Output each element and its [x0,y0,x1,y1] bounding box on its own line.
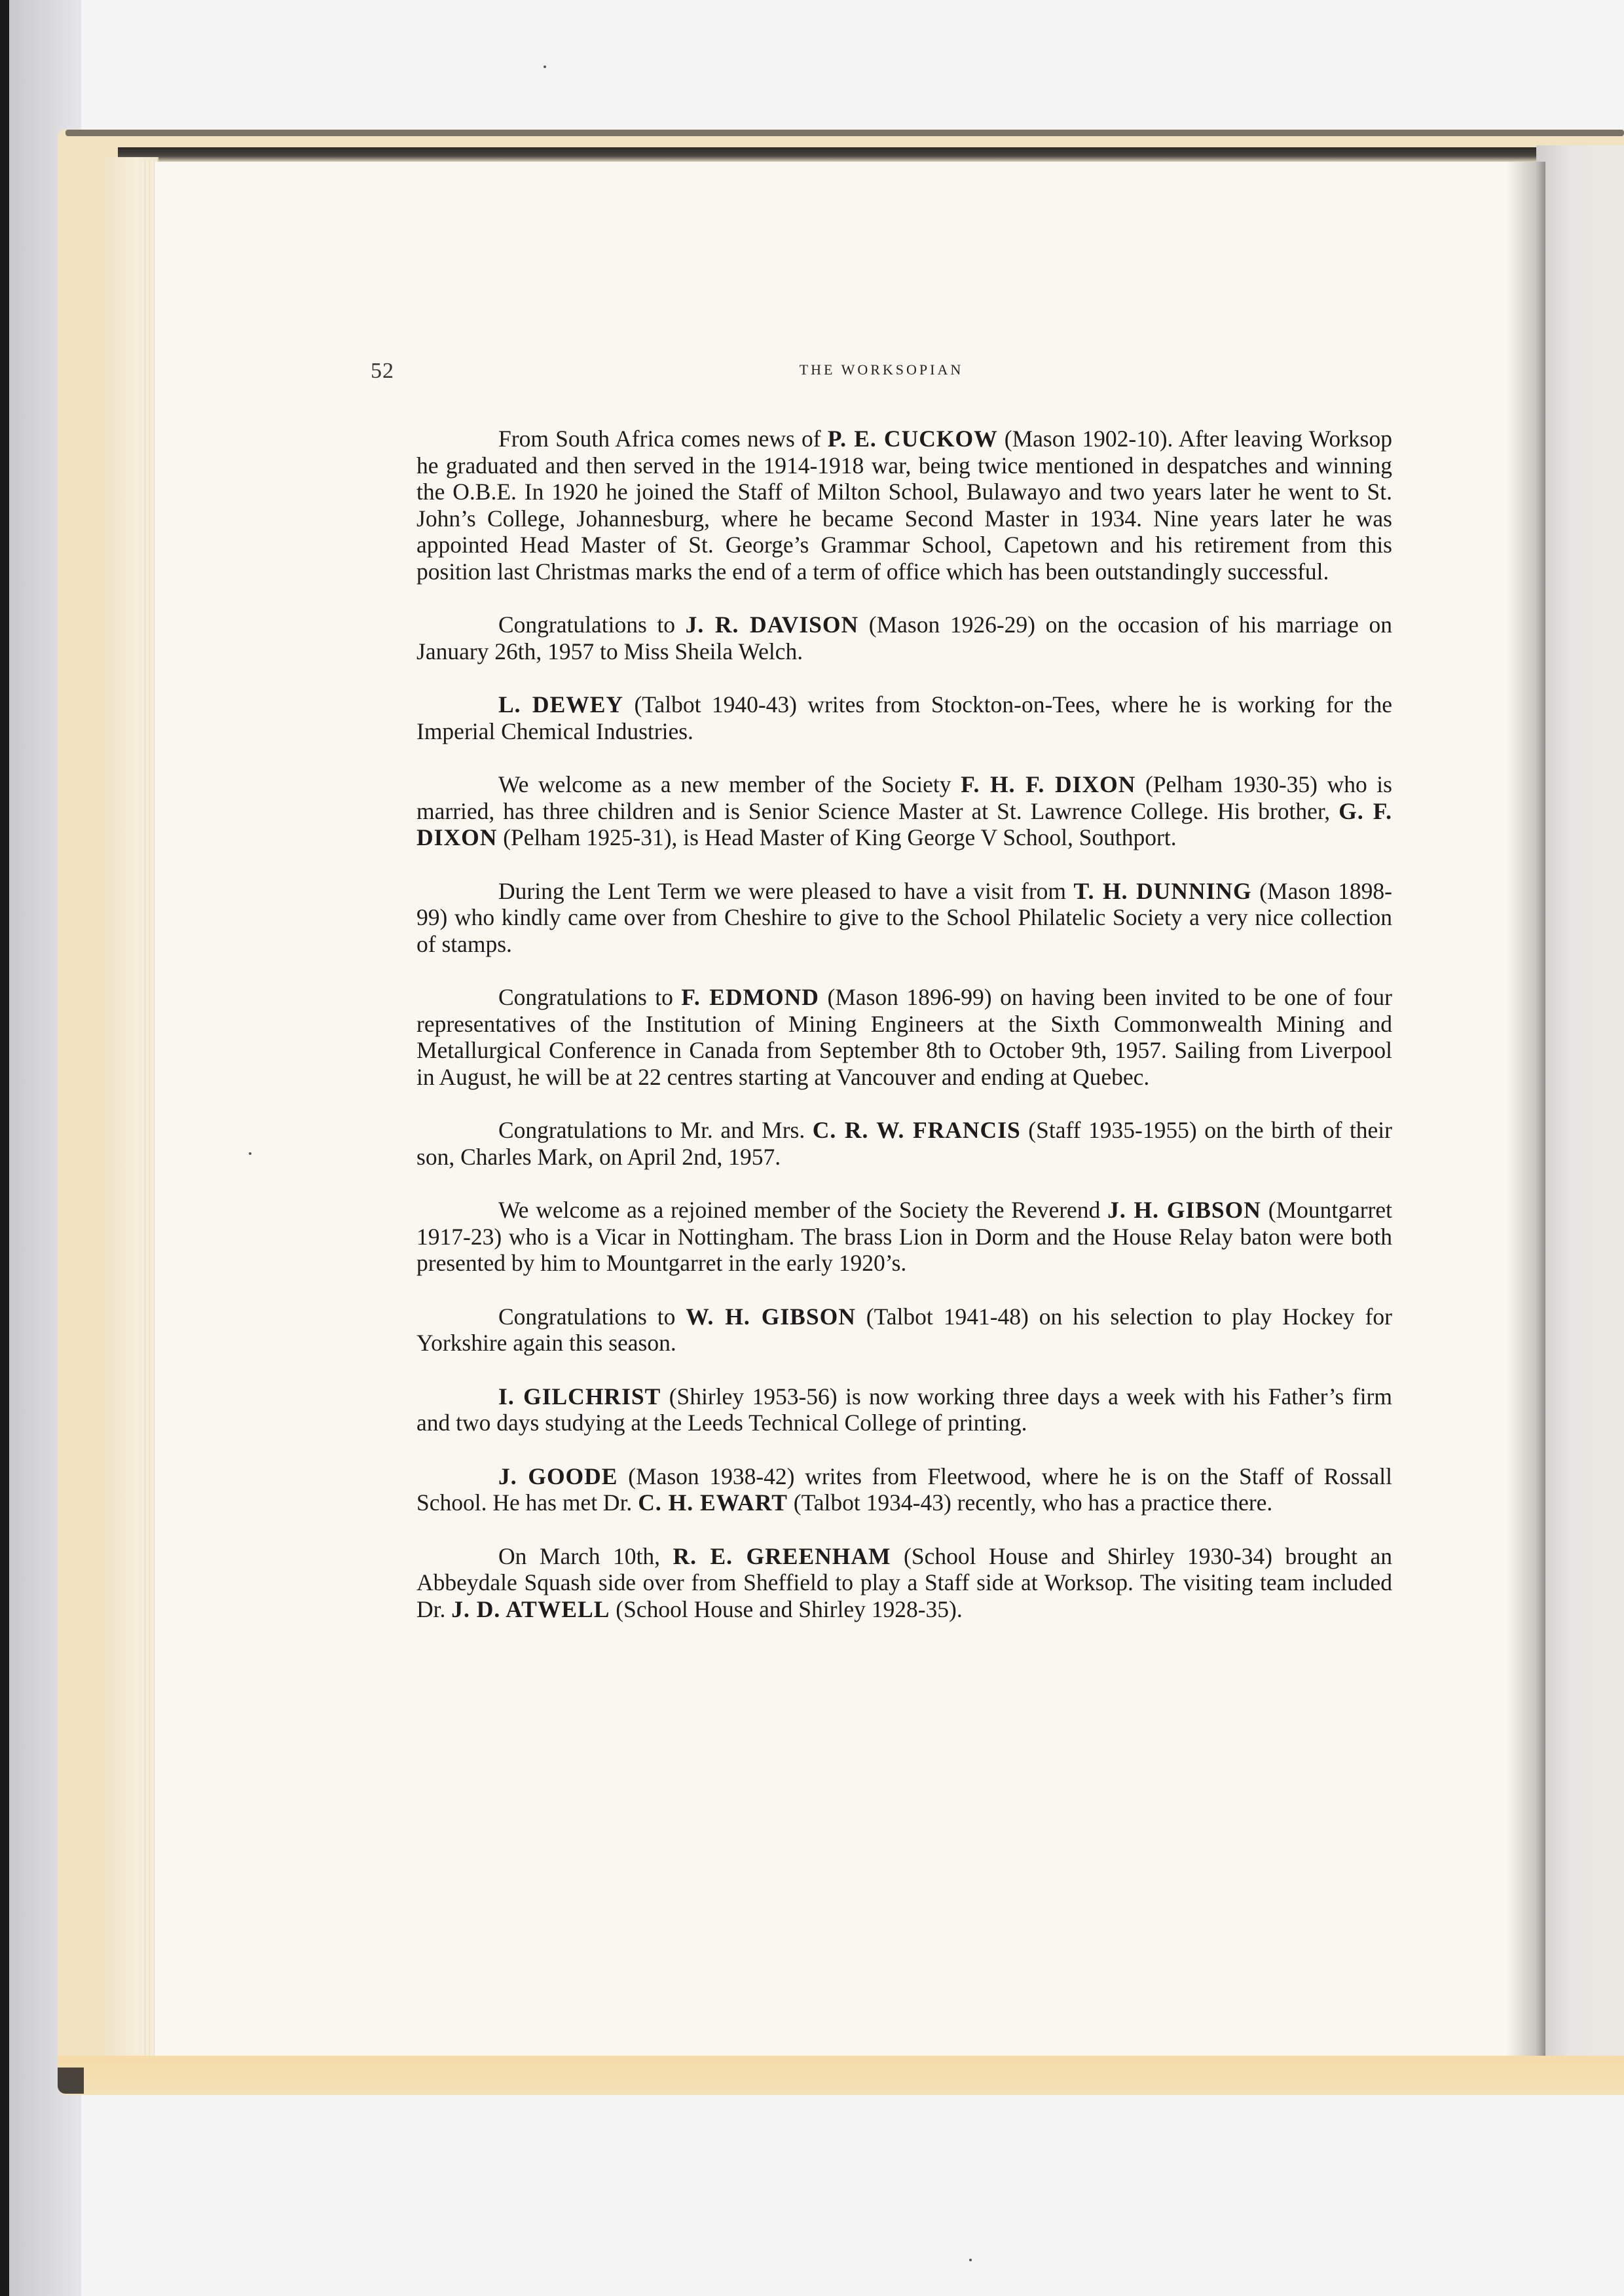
person-name: C. H. EWART [638,1489,788,1516]
text: (Talbot 1934-43) recently, who has a pra… [788,1489,1272,1516]
dust-speck [969,2259,972,2261]
person-name: R. E. GREENHAM [673,1543,891,1569]
person-name: J. D. ATWELL [451,1596,610,1622]
person-name: J. H. GIBSON [1107,1197,1261,1223]
person-name: C. R. W. FRANCIS [813,1117,1021,1143]
paragraph-francis: Congratulations to Mr. and Mrs. C. R. W.… [416,1117,1392,1170]
person-name: F. H. F. DIXON [961,771,1135,797]
paragraph-gilchrist: I. GILCHRIST (Shirley 1953-56) is now wo… [416,1383,1392,1436]
paragraph-cuckow: From South Africa comes news of P. E. CU… [416,426,1392,585]
text: During the Lent Term we were pleased to … [498,878,1074,904]
text: Congratulations to [498,1303,686,1330]
paragraph-dewey: L. DEWEY (Talbot 1940-43) writes from St… [416,691,1392,744]
text: We welcome as a rejoined member of the S… [498,1197,1107,1223]
person-name: J. R. DAVISON [686,611,859,638]
page-block-top-edge [118,147,1624,162]
body-text: From South Africa comes news of P. E. CU… [416,426,1392,1649]
paragraph-greenham: On March 10th, R. E. GREENHAM (School Ho… [416,1543,1392,1623]
text: On March 10th, [498,1543,673,1569]
scanner-edge [0,0,9,2296]
dust-speck [249,1152,251,1155]
paragraph-dunning: During the Lent Term we were pleased to … [416,878,1392,958]
cover-top-edge [65,130,1624,136]
paragraph-dixon: We welcome as a new member of the Societ… [416,771,1392,851]
running-head: 52 THE WORKSOPIAN [371,359,1392,385]
facing-page [1536,145,1624,2057]
paragraph-jh-gibson: We welcome as a rejoined member of the S… [416,1197,1392,1277]
person-name: W. H. GIBSON [686,1303,856,1330]
paragraph-wh-gibson: Congratulations to W. H. GIBSON (Talbot … [416,1303,1392,1357]
text: We welcome as a new member of the Societ… [498,771,961,797]
paragraph-davison: Congratulations to J. R. DAVISON (Mason … [416,611,1392,665]
person-name: T. H. DUNNING [1074,878,1252,904]
journal-title: THE WORKSOPIAN [371,361,1392,378]
person-name: L. DEWEY [498,691,623,718]
dust-speck [544,65,546,68]
paragraph-goode: J. GOODE (Mason 1938-42) writes from Fle… [416,1463,1392,1516]
text: From South Africa comes news of [498,426,828,452]
cover-corner-wear [58,2068,84,2094]
paragraph-edmond: Congratulations to F. EDMOND (Mason 1896… [416,984,1392,1090]
person-name: P. E. CUCKOW [828,426,998,452]
text: Congratulations to Mr. and Mrs. [498,1117,813,1143]
person-name: F. EDMOND [681,984,819,1010]
text: Congratulations to [498,984,681,1010]
person-name: I. GILCHRIST [498,1383,661,1410]
text: (Pelham 1925-31), is Head Master of King… [497,824,1176,850]
text: Congratulations to [498,611,686,638]
gutter-shadow [1506,162,1545,2056]
cover-bottom-edge [58,2056,1624,2095]
person-name: J. GOODE [498,1463,618,1489]
text: (School House and Shirley 1928-35). [610,1596,962,1622]
